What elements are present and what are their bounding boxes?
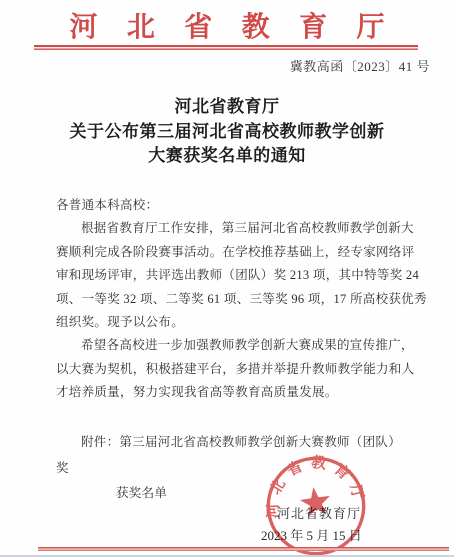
body-line: 以大赛为契机，积极搭建平台，多措并举提升教师教学能力和人	[56, 358, 408, 381]
body-line: 赛顺利完成各阶段赛事活动。在学校推荐基础上，经专家网络评	[56, 241, 408, 264]
body-line: 才培养质量，努力实现我省高等教育高质量发展。	[56, 381, 408, 404]
notice-title-line: 大赛获奖名单的通知	[0, 144, 454, 169]
star-icon	[298, 485, 332, 518]
notice-title-line: 关于公布第三届河北省高校教师教学创新	[0, 120, 454, 145]
body-line: 项、一等奖 32 项、二等奖 61 项、三等奖 96 项，17 所高校获优秀	[56, 288, 408, 311]
body-line: 组织奖。现予以公布。	[56, 311, 408, 334]
bottom-rule	[38, 547, 449, 551]
header-rule	[34, 45, 418, 50]
body-line: 审和现场评审，共评选出教师（团队）奖 213 项，其中特等奖 24	[56, 264, 408, 287]
letterhead-title: 河北省教育厅	[0, 5, 454, 45]
seal-graphic: 河北省教育厅	[256, 446, 376, 559]
body-line: 希望各高校进一步加强教师教学创新大赛成果的宣传推广，	[56, 334, 408, 357]
page-edge-line	[0, 555, 454, 557]
document-body: 各普通本科高校： 根据省教育厅工作安排，第三届河北省高校教师教学创新大 赛顺利完…	[56, 194, 408, 405]
document-page: 河北省教育厅 冀教高函〔2023〕41 号 河北省教育厅 关于公布第三届河北省高…	[0, 0, 454, 559]
notice-title: 河北省教育厅 关于公布第三届河北省高校教师教学创新 大赛获奖名单的通知	[0, 95, 454, 169]
official-seal: 河北省教育厅	[256, 446, 376, 559]
notice-title-line: 河北省教育厅	[0, 95, 454, 120]
salutation: 各普通本科高校：	[56, 194, 408, 217]
body-line: 根据省教育厅工作安排，第三届河北省高校教师教学创新大	[56, 217, 408, 240]
doc-number: 冀教高函〔2023〕41 号	[290, 56, 430, 75]
